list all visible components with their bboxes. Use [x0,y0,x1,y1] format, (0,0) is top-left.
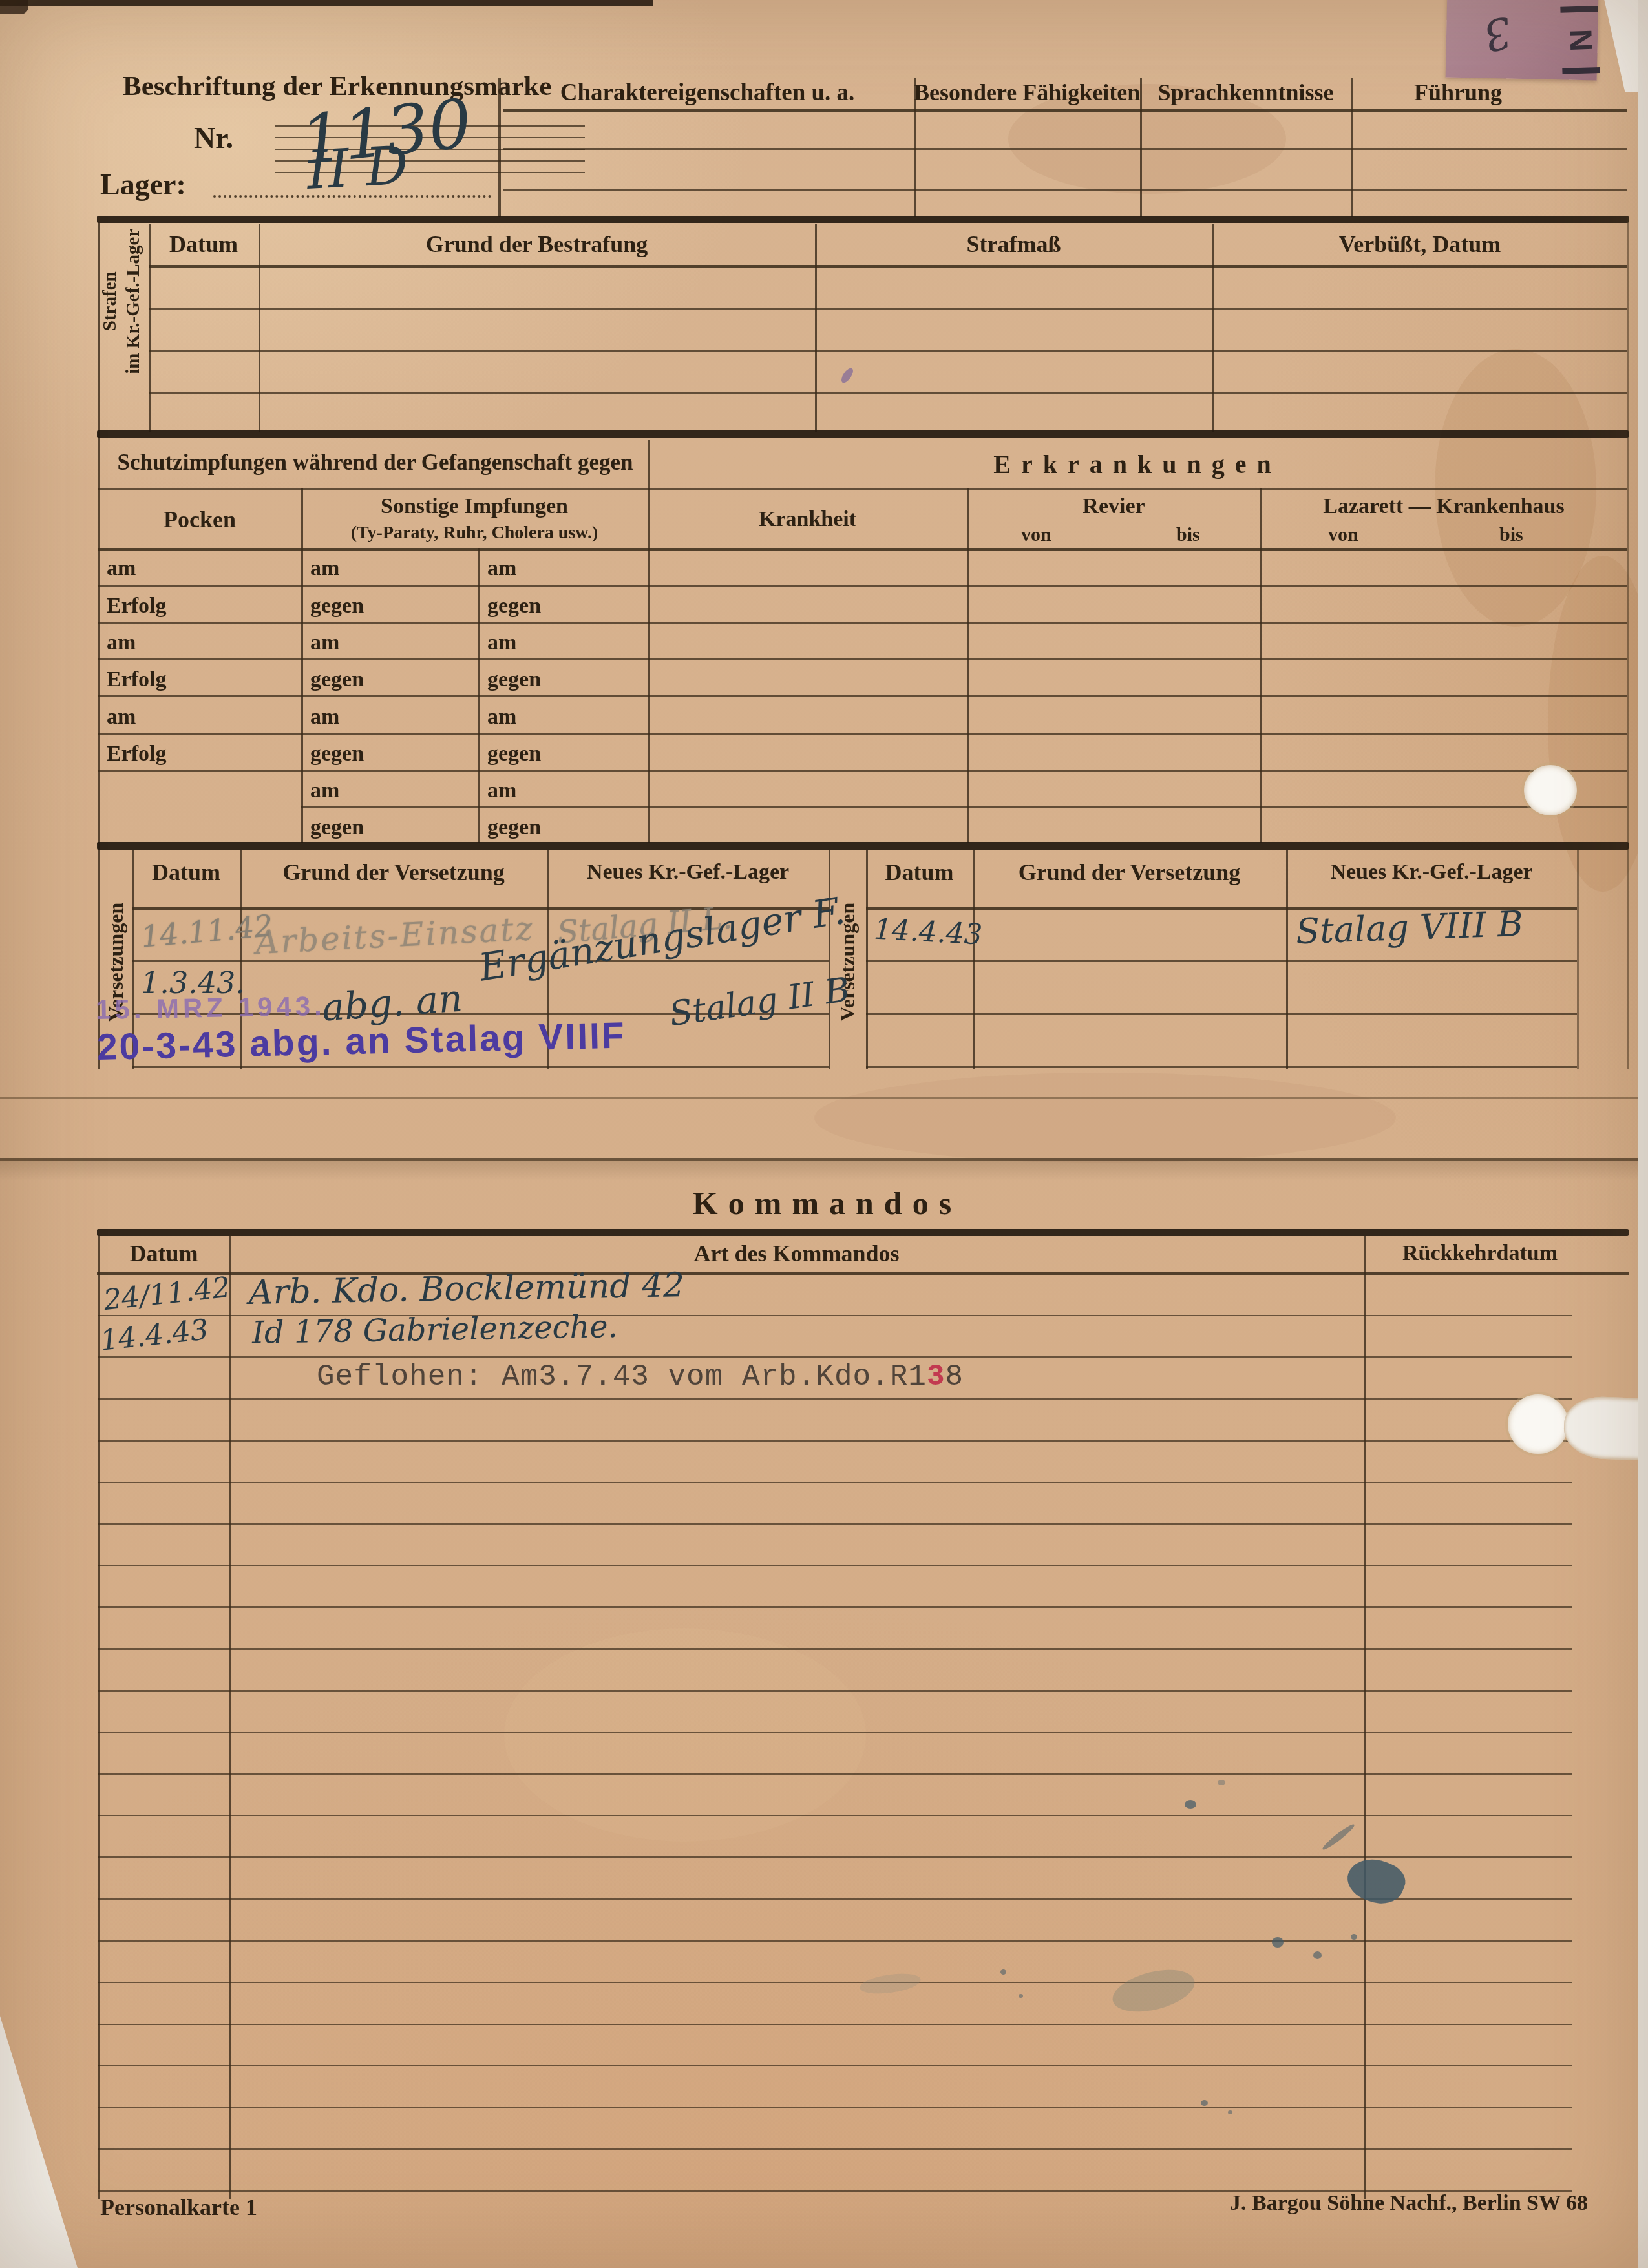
scan-edge-corner [0,0,28,14]
section-bar [97,1229,1629,1236]
punch-hole [1508,1394,1569,1454]
row-line [648,806,1627,808]
scan-edge-top [0,0,653,6]
strafen-side-label-line2: im Kr.-Gef.-Lager [123,229,143,374]
table-left-border [98,217,100,1069]
paper-stain [814,1073,1396,1163]
lazarett-header: Lazarett — Krankenhaus [1260,495,1627,518]
section-bar [97,430,1629,438]
kommando-art: Id 178 Gabrielenzeche. [252,1311,618,1350]
versetzungen-header-lager: Neues Kr.-Gef.-Lager [547,861,829,883]
transfer-date: 14.4.43 [873,915,983,950]
impf-row-label: am [310,557,339,580]
row-line [98,585,648,587]
impf-row-label: am [487,706,516,728]
impf-row-label: gegen [310,594,364,617]
strafen-header-grund: Grund der Bestrafung [259,233,815,257]
tab-n-mark-letter: N [1562,28,1598,52]
lazarett-von-label: von [1328,525,1358,545]
impf-row-label: gegen [487,594,541,617]
row-line [98,695,648,697]
lazarett-bis-label: bis [1499,525,1523,545]
column-header-faehigkeiten: Besondere Fähigkeiten [914,81,1140,105]
column-divider [1260,488,1262,843]
section-bar [97,842,1629,850]
paper-stain [1548,556,1648,892]
stamp-mrz-1943: 15. MRZ 1943. [96,992,326,1024]
row-line [866,1013,1577,1015]
column-header-charakter: Charaktereigenschaften u. a. [501,81,914,105]
sonstige-subheader: (Ty-Paraty, Ruhr, Cholera usw.) [301,523,648,542]
row-line [648,622,1627,624]
impfungen-title: Schutzimpfungen während der Gefangenscha… [102,451,648,474]
escape-note-red-digit: 3 [927,1360,945,1394]
row-line [648,658,1627,660]
camp-value: II D [306,138,410,198]
escape-note-tail: 8 [945,1360,964,1394]
section-divider [648,440,650,843]
row-line [98,770,648,772]
header-underline [503,109,1627,112]
strafen-side-label: Strafen im Kr.-Gef.-Lager [98,204,145,398]
row-line [648,770,1627,772]
camp-label: Lager: [100,169,186,200]
revier-von-label: von [1021,525,1051,545]
row-line [503,148,1627,150]
row-line [301,806,648,808]
tab-n-mark: N [1560,6,1600,74]
versetzungen-header-grund: Grund der Versetzung [240,861,547,885]
pocken-header: Pocken [98,508,301,532]
table-border [829,850,830,1069]
impf-row-label: gegen [487,668,541,691]
scan-corner-bottom-left [0,2016,78,2268]
row-line [149,392,1627,394]
personalkarte-scan: Beschriftung der Erkennungsmarke Nr. 113… [0,0,1648,2268]
kommandos-header-art: Art des Kommandos [229,1242,1364,1266]
kommando-art: Arb. Kdo. Bocklemünd 42 [249,1268,685,1310]
escape-note-text: Geflohen: Am3.7.43 vom Arb.Kdo.R1 [317,1360,927,1394]
footer-printer: J. Bargou Söhne Nachf., Berlin SW 68 [1228,2192,1590,2214]
ink-splatter [1351,1934,1357,1940]
strafen-header-datum: Datum [149,233,259,257]
escape-note: Geflohen: Am3.7.43 vom Arb.Kdo.R138 [317,1362,964,1393]
versetzungen-header-lager: Neues Kr.-Gef.-Lager [1286,861,1577,883]
impf-row-label: am [310,779,339,802]
fold-shadow [0,1161,1648,1181]
kommandos-header-datum: Datum [98,1242,229,1266]
column-divider [967,488,969,843]
row-line [132,1066,829,1068]
row-line [98,658,648,660]
impf-row-label: gegen [310,668,364,691]
kommandos-row-lines [98,1275,1572,2192]
kommandos-title: Kommandos [666,1186,989,1220]
krankheit-header: Krankheit [648,508,967,530]
footer-form-name: Personalkarte 1 [100,2196,257,2220]
header-underline [149,265,1627,268]
row-line [648,585,1627,587]
transfer-note-stalag2b: Stalag II B [668,972,852,1033]
impf-row-label: am [310,706,339,728]
table-border [1577,850,1579,1069]
sonstige-header: Sonstige Impfungen [301,495,648,518]
tab-number: 3 [1479,8,1516,58]
row-line [98,622,648,624]
header-underline [98,488,648,490]
row-line [149,350,1627,352]
index-tab: 3 N [1446,0,1599,80]
ink-splatter [1019,1994,1023,1998]
pocken-row-label: Erfolg [107,742,167,765]
scan-edge-right [1638,0,1648,2268]
versetzungen-header-datum: Datum [132,861,240,885]
impf-row-label: gegen [487,742,541,765]
revier-header: Revier [967,495,1260,518]
strafen-side-label-line1: Strafen [100,271,120,331]
row-line [648,733,1627,735]
pocken-row-label: Erfolg [107,668,167,691]
column-header-fuehrung: Führung [1351,81,1565,105]
row-line [149,308,1627,310]
erkrankungen-title: Erkrankungen [648,451,1627,478]
ink-splatter [1272,1937,1284,1948]
tag-number-label: Nr. [194,123,233,154]
versetzungen-header-datum: Datum [866,861,973,885]
ink-splatter [1228,2110,1232,2114]
pocken-row-label: am [107,706,136,728]
punch-hole [1524,765,1577,815]
pocken-row-label: am [107,557,136,580]
pocken-row-label: am [107,631,136,654]
row-line [866,960,1577,962]
transfer-new-camp: Stalag VIII B [1295,906,1524,950]
ink-splatter [1185,1800,1196,1809]
fold-line [0,1097,1648,1099]
ink-mark [840,366,856,384]
impf-row-label: am [487,631,516,654]
impf-row-label: am [487,779,516,802]
impf-row-label: am [487,557,516,580]
row-line [866,1066,1577,1068]
row-line [98,733,648,735]
versetzungen-header-grund: Grund der Versetzung [973,861,1286,885]
pocken-row-label: Erfolg [107,594,167,617]
impf-row-label: gegen [310,816,364,839]
strafen-header-strafmass: Strafmaß [815,233,1212,257]
section-bar [97,216,1629,223]
strafen-header-verbuesst: Verbüßt, Datum [1212,233,1627,257]
impf-row-label: gegen [487,816,541,839]
impf-row-label: gegen [310,742,364,765]
table-right-border [1627,217,1629,1069]
header-underline [648,488,1627,490]
ink-splatter [1218,1780,1225,1785]
revier-bis-label: bis [1176,525,1200,545]
subheader-underline [98,548,1627,551]
transfer-date: 14.11.42 [140,910,274,952]
tear [1563,1396,1648,1461]
kommandos-header-rueckkehr: Rückkehrdatum [1364,1242,1596,1265]
impf-row-label: am [310,631,339,654]
row-line [503,189,1627,191]
row-line [648,695,1627,697]
ink-splatter [1201,2100,1208,2106]
ink-splatter [1000,1969,1006,1975]
column-header-sprachen: Sprachkenntnisse [1140,81,1351,105]
ink-splatter [1313,1951,1322,1959]
